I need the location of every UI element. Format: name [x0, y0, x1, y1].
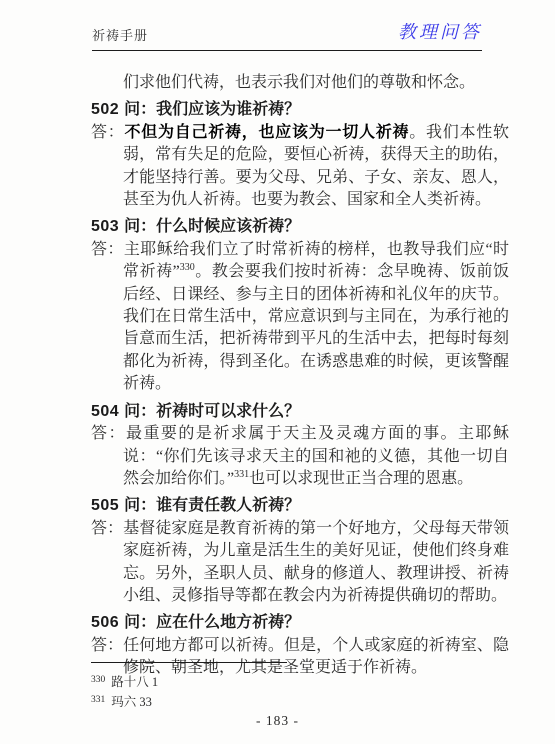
answer-run: 也可以求现世正当合理的恩惠。 [249, 470, 473, 487]
question-label: 问： [124, 497, 156, 514]
qa-item: 503 问：什么时候应该祈祷？答：主耶稣给我们立了时常祈祷的榜样，也教导我们应“… [91, 216, 509, 395]
answer-run: 基督徒家庭是教育祈祷的第一个好地方，父母每天带领家庭祈祷，为儿童是活生生的美好见… [123, 520, 509, 604]
answer-line: 答：基督徒家庭是教育祈祷的第一个好地方，父母每天带领家庭祈祷，为儿童是活生生的美… [91, 518, 509, 608]
answer-label: 答： [91, 124, 125, 141]
footnotes-section: 330路十八 1331玛六 33 [91, 662, 509, 711]
question-number: 502 [91, 101, 124, 118]
question-text: 应在什么地方祈祷？ [156, 614, 300, 631]
footnote-text: 玛六 33 [111, 695, 152, 709]
question-number: 503 [91, 218, 124, 235]
question-label: 问： [124, 218, 156, 235]
question-number: 506 [91, 614, 124, 631]
question-number: 505 [91, 497, 124, 514]
answer-label: 答： [91, 425, 126, 442]
qa-item: 505 问：谁有责任教人祈祷？答：基督徒家庭是教育祈祷的第一个好地方，父母每天带… [91, 495, 509, 607]
answer-line: 答：最重要的是祈求属于天主及灵魂方面的事。主耶稣说：“你们先该寻求天主的国和祂的… [91, 423, 509, 490]
question-text: 什么时候应该祈祷？ [156, 218, 300, 235]
footnote-item: 330路十八 1 [91, 671, 509, 691]
footnote-separator-rule [91, 662, 287, 663]
answer-line: 答：主耶稣给我们立了时常祈祷的榜样，也教导我们应“时常祈祷”330。教会要我们按… [91, 239, 509, 396]
footnote-list: 330路十八 1331玛六 33 [91, 671, 509, 711]
question-text: 我们应该为谁祈祷？ [156, 101, 300, 118]
answer-label: 答： [91, 637, 123, 654]
question-label: 问： [124, 101, 156, 118]
answer-label: 答： [91, 520, 123, 537]
question-line: 506 问：应在什么地方祈祷？ [91, 612, 509, 634]
question-label: 问： [124, 614, 156, 631]
book-page: 祈祷手册 教理问答 们求他们代祷，也表示我们对他们的尊敬和怀念。 502 问：我… [0, 0, 555, 744]
question-label: 问： [124, 403, 156, 420]
question-line: 502 问：我们应该为谁祈祷？ [91, 99, 509, 121]
answer-run: 。教会要我们按时祈祷：念早晚祷、饭前饭后经、日课经、参与主日的团体祈祷和礼仪年的… [123, 263, 509, 392]
carryover-paragraph: 们求他们代祷，也表示我们对他们的尊敬和怀念。 [91, 72, 509, 94]
footnote-text: 路十八 1 [111, 675, 158, 689]
footnote-number: 330 [91, 675, 105, 685]
qa-item: 502 问：我们应该为谁祈祷？答：不但为自己祈祷，也应该为一切人祈祷。我们本性软… [91, 99, 509, 211]
main-text-block: 们求他们代祷，也表示我们对他们的尊敬和怀念。 502 问：我们应该为谁祈祷？答：… [91, 54, 509, 680]
question-line: 504 问：祈祷时可以求什么？ [91, 401, 509, 423]
question-number: 504 [91, 403, 124, 420]
footnote-ref: 331 [234, 469, 249, 480]
answer-line: 答：不但为自己祈祷，也应该为一切人祈祷。我们本性软弱，常有失足的危险，要恒心祈祷… [91, 122, 509, 212]
question-line: 505 问：谁有责任教人祈祷？ [91, 495, 509, 517]
header-chapter-title: 教理问答 [398, 18, 482, 44]
question-text: 祈祷时可以求什么？ [156, 403, 300, 420]
qa-list: 502 问：我们应该为谁祈祷？答：不但为自己祈祷，也应该为一切人祈祷。我们本性软… [91, 99, 509, 679]
qa-item: 504 问：祈祷时可以求什么？答：最重要的是祈求属于天主及灵魂方面的事。主耶稣说… [91, 401, 509, 491]
footnote-number: 331 [91, 695, 105, 705]
header-book-title: 祈祷手册 [92, 25, 148, 44]
footnote-ref: 330 [180, 262, 195, 273]
question-line: 503 问：什么时候应该祈祷？ [91, 216, 509, 238]
question-text: 谁有责任教人祈祷？ [156, 497, 300, 514]
answer-label: 答： [91, 241, 124, 258]
page-header: 祈祷手册 教理问答 [92, 18, 482, 51]
answer-bold-run: 不但为自己祈祷，也应该为一切人祈祷 [125, 124, 410, 141]
footnote-item: 331玛六 33 [91, 691, 509, 711]
page-number: - 183 - [0, 713, 555, 729]
